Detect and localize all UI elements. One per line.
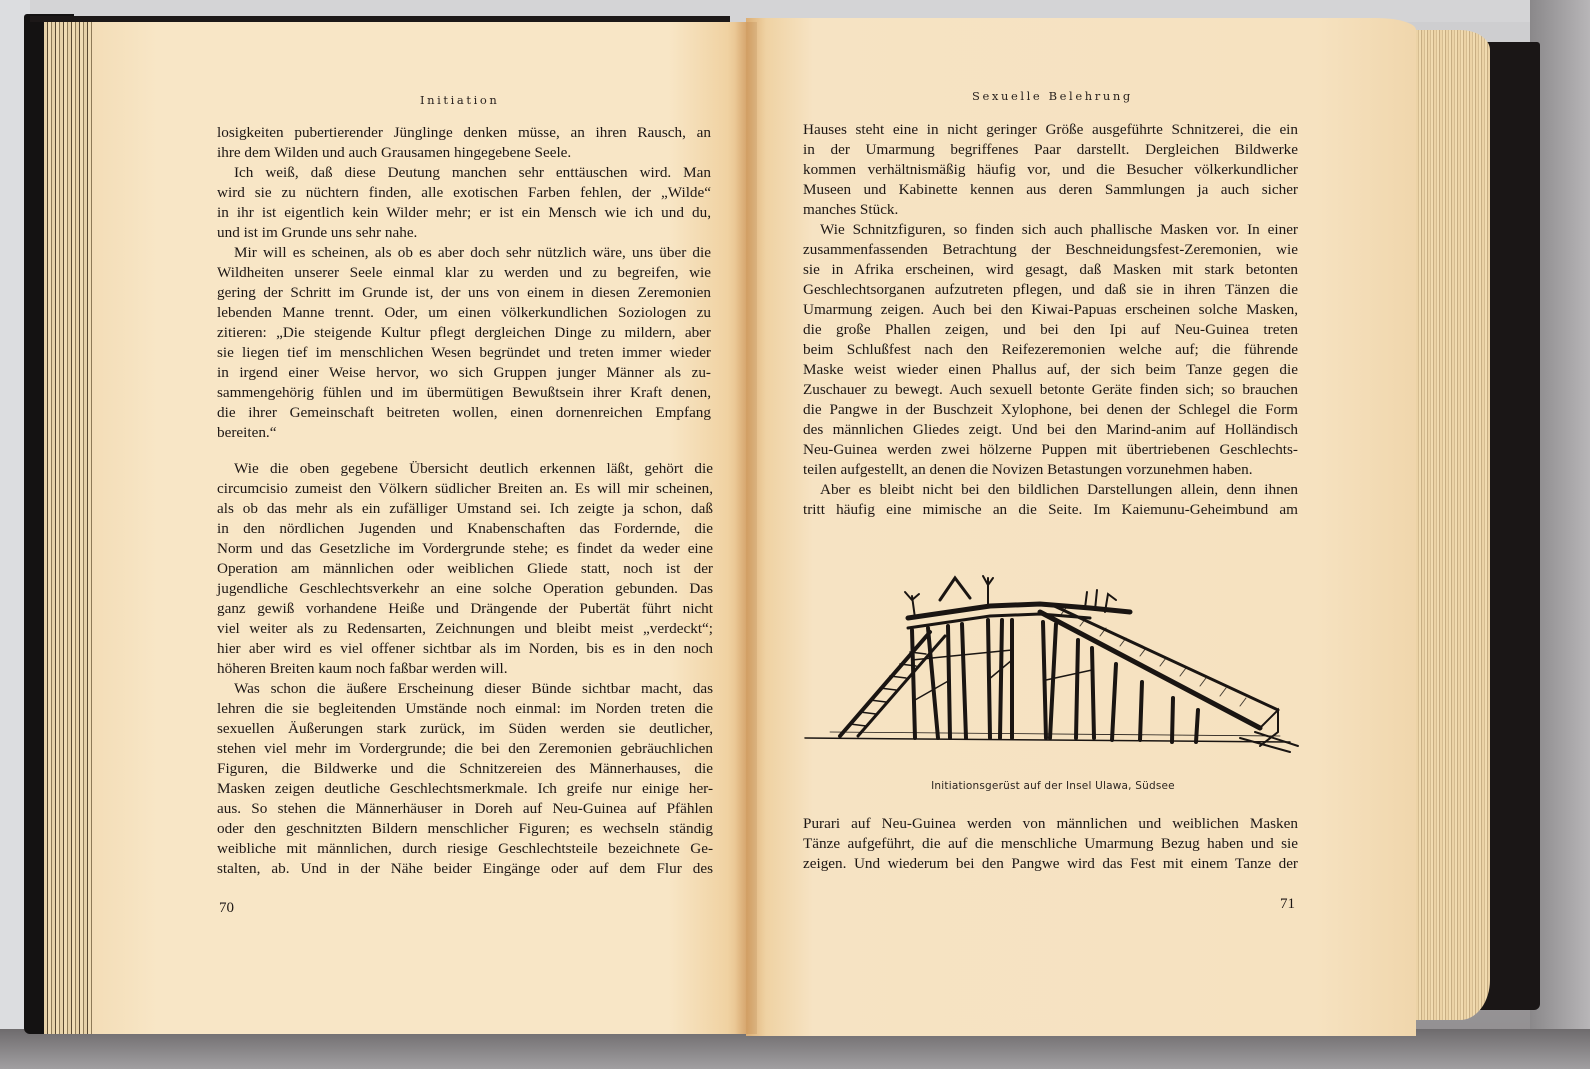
text-line: Norm und das Gesetzliche im Vordergrunde… — [217, 539, 713, 559]
text-line: jugendliche Geschlechtsverkehr an eine s… — [217, 579, 713, 599]
right-text-block-2: Purari auf Neu-Guinea werden von männlic… — [803, 814, 1298, 874]
text-line: viel weiter als zu Redensarten, Zeichnun… — [217, 619, 713, 639]
text-line: beim Schlußfest nach den Reifezeremonien… — [803, 340, 1298, 360]
text-line: bereiten.“ — [217, 423, 711, 443]
text-line: Neu-Guinea werden zwei hölzerne Puppen m… — [803, 440, 1298, 460]
text-line: zitieren: „Die steigende Kultur pflegt d… — [217, 323, 711, 343]
text-line: Masken zeigen deutliche Geschlechtsmerkm… — [217, 779, 713, 799]
left-text-block-2: Wie die oben gegebene Übersicht deutlich… — [217, 459, 713, 879]
text-line: die Pangwe in der Buschzeit Xylophone, b… — [803, 400, 1298, 420]
text-line: Zuschauer zu bewegt. Auch sexuell betont… — [803, 380, 1298, 400]
text-line: lebenden Manne trennt. Oder, um einen vö… — [217, 303, 711, 323]
text-line: Umarmung zeigen. Auch bei den Kiwai-Papu… — [803, 300, 1298, 320]
text-line: wird sie zu nüchtern finden, alle exotis… — [217, 183, 711, 203]
text-line: Mir will es scheinen, als ob es aber doc… — [217, 243, 711, 263]
text-line: Tänze aufgeführt, die auf die menschlich… — [803, 834, 1298, 854]
text-line: kommen verhältnismäßig häufig vor, und d… — [803, 160, 1298, 180]
text-line: des männlichen Gliedes zeigt. Und bei de… — [803, 420, 1298, 440]
text-line: Hauses steht eine in nicht geringer Größ… — [803, 120, 1298, 140]
text-line: höheren Breiten kaum noch faßbar werden … — [217, 659, 713, 679]
page-number-left: 70 — [219, 900, 234, 917]
text-line: lehren die sie begleitenden Umstände noc… — [217, 699, 713, 719]
scaffold-drawing-icon — [800, 560, 1300, 760]
figure-caption: Initiationsgerüst auf der Insel Ulawa, S… — [803, 780, 1303, 792]
text-line: manches Stück. — [803, 200, 1298, 220]
text-line: in ihr ist eigentlich kein Wilder mehr; … — [217, 203, 711, 223]
page-stack-right — [1410, 30, 1490, 1020]
text-line: stalten, ab. Und in der Nähe beider Eing… — [217, 859, 713, 879]
text-line: ihre dem Wilden und auch Grausamen hinge… — [217, 143, 711, 163]
text-line: aus. So stehen die Männerhäuser in Doreh… — [217, 799, 713, 819]
text-line: Wie Schnitzfiguren, so finden sich auch … — [803, 220, 1298, 240]
text-line: Operation am männlichen oder weiblichen … — [217, 559, 713, 579]
text-line: sammengehörig fühlen und im übermütigen … — [217, 383, 711, 403]
text-line: Wie die oben gegebene Übersicht deutlich… — [217, 459, 713, 479]
text-line: und ist im Grunde uns sehr nahe. — [217, 223, 711, 243]
text-line: Maske weist wieder einen Phallus auf, de… — [803, 360, 1298, 380]
text-line: Geschlechtsorganen aufzutreten pflegen, … — [803, 280, 1298, 300]
running-head-left: Initiation — [420, 93, 499, 107]
text-line: circumcisio zumeist den Völkern südliche… — [217, 479, 713, 499]
page-number-right: 71 — [1280, 896, 1295, 913]
text-line: als ob das mehr als ein zufälliger Umsta… — [217, 499, 713, 519]
text-line: Purari auf Neu-Guinea werden von männlic… — [803, 814, 1298, 834]
text-line: hier aber wird es viel offener sichtbar … — [217, 639, 713, 659]
text-line: Museen und Kabinette kennen aus deren Sa… — [803, 180, 1298, 200]
page-stack-left — [44, 22, 94, 1034]
text-line: teilen aufgestellt, an denen die Novizen… — [803, 460, 1298, 480]
text-line: Was schon die äußere Erscheinung dieser … — [217, 679, 713, 699]
text-line: tritt häufig eine mimische an die Seite.… — [803, 500, 1298, 520]
text-line: weibliche mit männlichen, durch riesige … — [217, 839, 713, 859]
text-line: sexuellen Äußerungen stark zurück, im Sü… — [217, 719, 713, 739]
initiation-scaffold-illustration — [800, 560, 1300, 760]
text-line: in irgend einer Weise hervor, wo sich Gr… — [217, 363, 711, 383]
text-line: in der Umarmung begriffenes Paar darstel… — [803, 140, 1298, 160]
text-line: gering der Schritt im Grunde ist, der un… — [217, 283, 711, 303]
text-line: Figuren, die Bildwerke und die Schnitzer… — [217, 759, 713, 779]
left-text-block-1: losigkeiten pubertierender Jünglinge den… — [217, 123, 711, 443]
text-line: stehen viel mehr im Vordergrunde; die be… — [217, 739, 713, 759]
right-text-block-1: Hauses steht eine in nicht geringer Größ… — [803, 120, 1298, 520]
text-line: in den nördlichen Jugenden und Knabensch… — [217, 519, 713, 539]
text-line: sie in Afrika erscheinen, wird gesagt, d… — [803, 260, 1298, 280]
book-gutter — [735, 22, 757, 1034]
text-line: losigkeiten pubertierender Jünglinge den… — [217, 123, 711, 143]
text-line: sie liegen tief im menschlichen Wesen be… — [217, 343, 711, 363]
text-line: oder den geschnitzten Bildern menschlich… — [217, 819, 713, 839]
text-line: Aber es bleibt nicht bei den bildlichen … — [803, 480, 1298, 500]
text-line: ganz gewiß vorhandene Heiße und Drängend… — [217, 599, 713, 619]
text-line: Wildheiten unserer Seele einmal klar zu … — [217, 263, 711, 283]
text-line: zusammenfassenden Betrachtung der Beschn… — [803, 240, 1298, 260]
text-line: Ich weiß, daß diese Deutung manchen sehr… — [217, 163, 711, 183]
text-line: zeigen. Und wiederum bei den Pangwe wird… — [803, 854, 1298, 874]
text-line: die ihrer Gemeinschaft beitreten wollen,… — [217, 403, 711, 423]
running-head-right: Sexuelle Belehrung — [972, 89, 1133, 103]
text-line: die große Phallen zeigen, und bei den Ip… — [803, 320, 1298, 340]
